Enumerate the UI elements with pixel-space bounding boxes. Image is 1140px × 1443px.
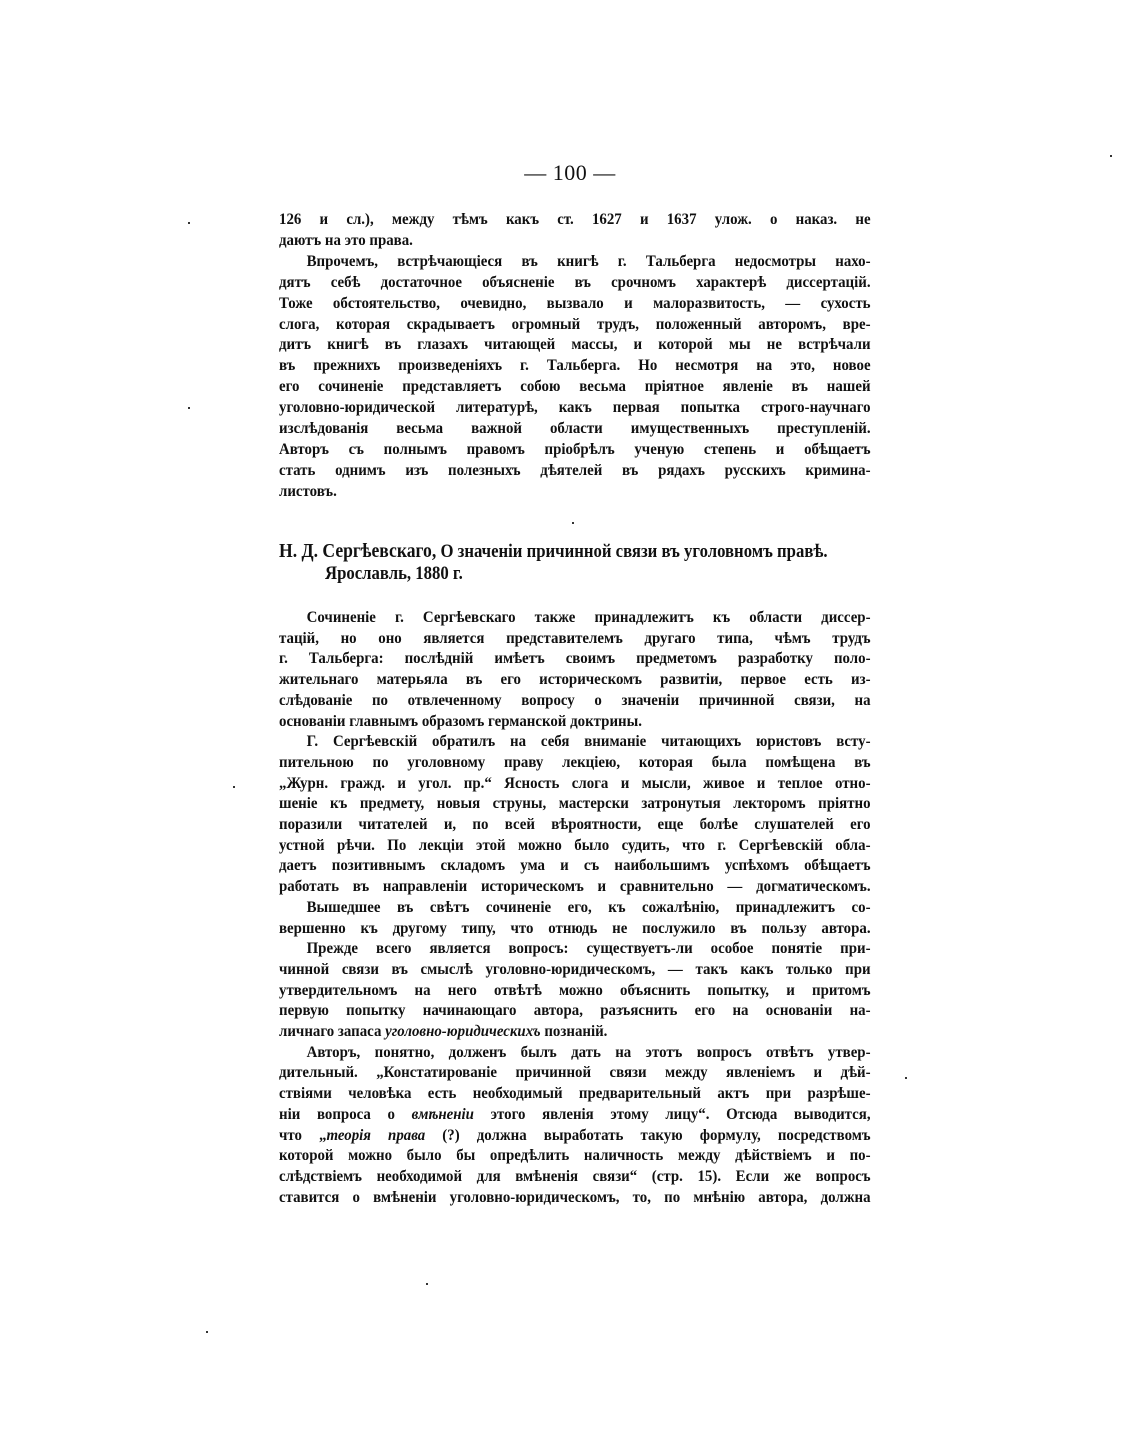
text-line: основаніи главнымъ образомъ германской д… xyxy=(279,711,871,731)
scan-speck xyxy=(1110,155,1112,157)
italic-emphasis: уголовно-юридическихъ xyxy=(385,1022,540,1040)
text-line: что „теорія права (?) должна выработать … xyxy=(279,1125,871,1145)
text-line: листовъ. xyxy=(279,481,871,501)
scan-speck xyxy=(233,786,235,788)
text-line: которой можно было бы опредѣлить налично… xyxy=(279,1145,871,1165)
text-line: уголовно-юридической литературѣ, какъ пе… xyxy=(279,397,871,417)
scan-speck xyxy=(426,1283,428,1285)
text-line: Авторъ съ полнымъ правомъ пріобрѣлъ учен… xyxy=(279,439,871,459)
text-line: даютъ на это права. xyxy=(279,230,871,250)
text-line: пительною по уголовному праву лекціею, к… xyxy=(279,752,871,772)
text-line: тацій, но оно является представителемъ д… xyxy=(279,628,871,648)
text-line: слѣдованіе по отвлеченному вопросу о зна… xyxy=(279,690,871,710)
text-line: Г. Сергѣевскій обратилъ на себя вниманіе… xyxy=(279,731,871,751)
text-line: дительный. „Констатированіе причинной св… xyxy=(279,1062,871,1082)
text-line: въ прежнихъ произведеніяхъ г. Тальберга.… xyxy=(279,355,871,375)
text-line: первую попытку начинающаго автора, разъя… xyxy=(279,1000,871,1020)
italic-emphasis: теорія права xyxy=(326,1126,425,1144)
text-line: г. Тальберга: послѣдній имѣетъ своимъ пр… xyxy=(279,648,871,668)
heading-place-year: Ярославль, 1880 г. xyxy=(325,563,463,585)
text-line: „Журн. гражд. и угол. пр.“ Ясность слога… xyxy=(279,773,871,793)
heading-author: Н. Д. Сергѣевскаго, xyxy=(279,540,436,562)
text-line: ствіями человѣка есть необходимый предва… xyxy=(279,1083,871,1103)
text-line: чинной связи въ смыслѣ уголовно-юридичес… xyxy=(279,959,871,979)
page-number: — 100 — xyxy=(0,160,1140,186)
text-line: ніи вопроса о вмѣненіи этого явленія это… xyxy=(279,1104,871,1124)
text-line: поразили читателей и, по всей вѣроятност… xyxy=(279,814,871,834)
scan-speck xyxy=(188,222,190,224)
scan-speck xyxy=(206,1331,208,1333)
review-heading: Н. Д. Сергѣевскаго, О значеніи причинной… xyxy=(279,540,828,563)
text-line: Сочиненіе г. Сергѣевскаго также принадле… xyxy=(279,607,871,627)
text-line: дятъ себѣ достаточное объясненіе въ сроч… xyxy=(279,272,871,292)
text-line: жительнаго матерьяла въ его историческом… xyxy=(279,669,871,689)
text-line: устной рѣчи. По лекціи этой можно было с… xyxy=(279,835,871,855)
text-line: слога, которая скрадываетъ огромный труд… xyxy=(279,314,871,334)
text-line: Прежде всего является вопросъ: существуе… xyxy=(279,938,871,958)
text-line: его сочиненіе представляетъ собою весьма… xyxy=(279,376,871,396)
text-line: слѣдствіемъ необходимой для вмѣненія свя… xyxy=(279,1166,871,1186)
scan-speck xyxy=(188,407,190,409)
text-line: личнаго запаса уголовно-юридическихъ поз… xyxy=(279,1021,871,1041)
text-line: Авторъ, понятно, долженъ былъ дать на эт… xyxy=(279,1042,871,1062)
text-line: Вышедшее въ свѣтъ сочиненіе его, къ сожа… xyxy=(279,897,871,917)
scan-speck xyxy=(572,522,574,524)
text-line: даетъ позитивнымъ складомъ ума и съ наиб… xyxy=(279,855,871,875)
text-line: работать въ направленіи историческомъ и … xyxy=(279,876,871,896)
text-line: ставится о вмѣненіи уголовно-юридическом… xyxy=(279,1187,871,1207)
text-line: Впрочемъ, встрѣчающіеся въ книгѣ г. Таль… xyxy=(279,251,871,271)
text-line: утвердительномъ на него отвѣтѣ можно объ… xyxy=(279,980,871,1000)
text-line: дитъ книгѣ въ глазахъ читающей массы, и … xyxy=(279,334,871,354)
text-line: шеніе къ предмету, новыя струны, мастерс… xyxy=(279,793,871,813)
text-line: вершенно къ другому типу, что отнюдь не … xyxy=(279,918,871,938)
heading-title: О значеніи причинной связи въ уголовномъ… xyxy=(440,541,827,562)
text-line: стать однимъ изъ полезныхъ дѣятелей въ р… xyxy=(279,460,871,480)
italic-emphasis: вмѣненіи xyxy=(412,1105,474,1123)
text-line: Тоже обстоятельство, очевидно, вызвало и… xyxy=(279,293,871,313)
text-line: 126 и сл.), между тѣмъ какъ ст. 1627 и 1… xyxy=(279,209,871,229)
text-line: изслѣдованія весьма важной области имуще… xyxy=(279,418,871,438)
scan-speck xyxy=(905,1077,907,1079)
